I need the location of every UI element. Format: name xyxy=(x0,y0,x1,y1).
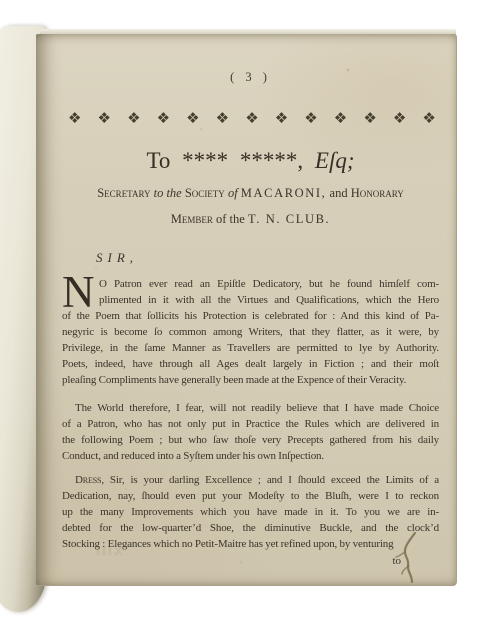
body-line: up the many Improvements which you have … xyxy=(62,504,439,520)
book-page: ( 3 ) ❖❖❖❖❖❖❖❖❖❖❖❖❖ To **** *****, Eſq; … xyxy=(36,34,457,586)
page-number: ( 3 ) xyxy=(62,70,439,85)
fleuron-icon: ❖ xyxy=(304,109,317,128)
text-segment: Eſq; xyxy=(315,148,355,173)
text-segment: of the xyxy=(213,212,248,226)
body-line: Dedication, nay, ſhould even put your Mo… xyxy=(62,488,439,504)
body-line: of the Poem that ſollicits his Protectio… xyxy=(62,308,439,324)
text-segment: and xyxy=(326,186,350,200)
body-line: Dress, Sir, is your darling Excellence ;… xyxy=(62,472,439,488)
text-segment: Society xyxy=(185,186,225,200)
fleuron-icon: ❖ xyxy=(186,109,199,128)
fleuron-icon: ❖ xyxy=(127,109,140,128)
text-segment: MACARONI, xyxy=(241,186,327,200)
showthrough-text: XIII xyxy=(94,544,123,559)
body-paragraphs: NO Patron ever read an Epiſtle Dedicator… xyxy=(62,276,439,552)
dropcap-letter: N xyxy=(62,275,95,309)
body-line: of a Patron, who has not only put in Pra… xyxy=(62,416,439,432)
text-segment: Sir, is your darling Excellence ; and I … xyxy=(104,474,439,486)
body-line: Poets, indeed, have through all Ages dea… xyxy=(62,356,439,372)
text-segment: to the xyxy=(150,186,184,200)
fleuron-icon: ❖ xyxy=(245,109,258,128)
body-line: the following Poem ; but who ſaw thoſe v… xyxy=(62,432,439,448)
fleuron-icon: ❖ xyxy=(393,109,406,128)
book-photo: ( 3 ) ❖❖❖❖❖❖❖❖❖❖❖❖❖ To **** *****, Eſq; … xyxy=(0,0,500,627)
paragraph: The World therefore, I fear, will not re… xyxy=(62,400,439,464)
dedication-subtitle: Secretary to the Society of MACARONI, an… xyxy=(62,184,439,228)
fleuron-icon: ❖ xyxy=(68,109,81,128)
subtitle-line: Secretary to the Society of MACARONI, an… xyxy=(62,184,439,202)
subtitle-line: Member of the T. N. CLUB. xyxy=(62,210,439,228)
text-segment: To xyxy=(146,148,182,173)
body-line: negyric is become ſo common among Writer… xyxy=(62,324,439,340)
salutation: SIR, xyxy=(96,250,439,266)
text-segment: **** *****, xyxy=(182,148,315,173)
body-line: O Patron ever read an Epiſtle Dedicatory… xyxy=(62,276,439,292)
ornament-row: ❖❖❖❖❖❖❖❖❖❖❖❖❖ xyxy=(68,109,436,128)
body-line: Privilege, in the ſame Manner as Travell… xyxy=(62,340,439,356)
text-segment: of xyxy=(225,186,241,200)
fleuron-icon: ❖ xyxy=(157,109,170,128)
fleuron-icon: ❖ xyxy=(98,109,111,128)
fleuron-icon: ❖ xyxy=(216,109,229,128)
text-segment: Member xyxy=(171,212,213,226)
body-line: debted for the low-quarter’d Shoe, the d… xyxy=(62,520,439,536)
fleuron-icon: ❖ xyxy=(334,109,347,128)
dedication-title: To **** *****, Eſq; xyxy=(62,146,439,176)
text-block: ( 3 ) ❖❖❖❖❖❖❖❖❖❖❖❖❖ To **** *****, Eſq; … xyxy=(62,34,439,568)
fleuron-icon: ❖ xyxy=(363,109,376,128)
text-segment: T. N. CLUB. xyxy=(248,212,330,226)
fleuron-icon: ❖ xyxy=(275,109,288,128)
text-segment: Dress, xyxy=(75,474,104,486)
body-line: Conduct, and reduced into a Syſtem under… xyxy=(62,448,439,464)
body-line: The World therefore, I fear, will not re… xyxy=(62,400,439,416)
text-segment: Secretary xyxy=(97,186,150,200)
text-segment: Honorary xyxy=(351,186,404,200)
paragraph: NO Patron ever read an Epiſtle Dedicator… xyxy=(62,276,439,388)
body-line: pleaſing Compliments have generally been… xyxy=(62,372,439,388)
paragraph: Dress, Sir, is your darling Excellence ;… xyxy=(62,472,439,552)
body-line: plimented in it with all the Virtues and… xyxy=(62,292,439,308)
fleuron-icon: ❖ xyxy=(422,109,435,128)
